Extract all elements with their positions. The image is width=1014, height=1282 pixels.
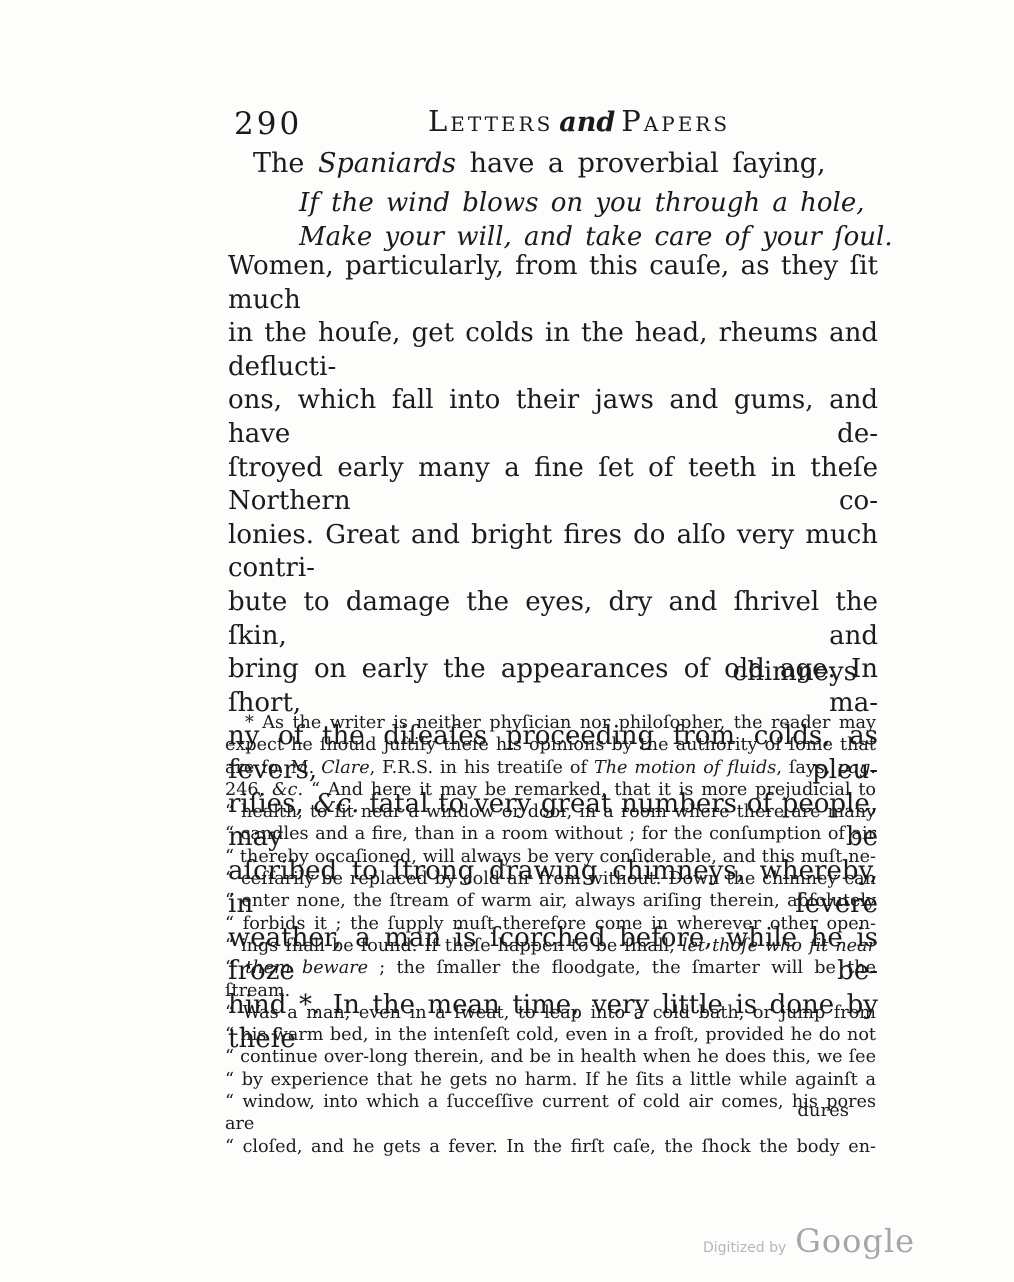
text-line: “ by experience that he gets no harm. If… (225, 1069, 876, 1091)
proverb-couplet: If the wind blows on you through a hole,… (299, 186, 893, 254)
text-line: “ his warm bed, in the intenſeſt cold, e… (225, 1024, 876, 1046)
text-line: “ ings ſhall be found. If theſe happen t… (225, 935, 876, 957)
text-line: are ſo. M. Clare, F.R.S. in his treatiſe… (225, 757, 876, 779)
google-digitization-watermark: Digitized by Google (703, 1222, 915, 1260)
text-line: “ forbids it ; the ſupply muſt therefore… (225, 913, 876, 935)
text-line: “ enter none, the ſtream of warm air, al… (225, 890, 876, 912)
text-line: Make your will, and take care of your ſo… (299, 220, 893, 254)
text-line: “ continue over-long therein, and be in … (225, 1046, 876, 1068)
running-header: LettersandPapers (428, 104, 730, 138)
text-line: 246, &c. “ And here it may be remarked, … (225, 779, 876, 801)
text-line: “ candles and a fire, than in a room wit… (225, 823, 876, 845)
text-line: ons, which fall into their jaws and gums… (228, 384, 878, 451)
text-line: bute to damage the eyes, dry and ſhrivel… (228, 586, 878, 653)
digitized-by-label: Digitized by (703, 1240, 786, 1256)
text-line: “ thereby occaſioned, will always be ver… (225, 846, 876, 868)
text-line: If the wind blows on you through a hole, (299, 186, 893, 220)
text-line: “ them beware ; the ſmaller the floodgat… (225, 957, 876, 1002)
text-line: “ window, into which a ſucceſſive curren… (225, 1091, 876, 1136)
text-line: ſtroyed early many a fine ſet of teeth i… (228, 452, 878, 519)
text-line: * As the writer is neither phyſician nor… (225, 712, 876, 734)
text-line: “ cloſed, and he gets a fever. In the fi… (225, 1136, 876, 1158)
intro-sentence: The Spaniards have a proverbial ſaying, (253, 148, 826, 179)
google-logo: Google (795, 1222, 915, 1260)
text-line: lonies. Great and bright fires do alſo v… (228, 519, 878, 586)
footnote-block: * As the writer is neither phyſician nor… (225, 712, 876, 1158)
text-line: Women, particularly, from this cauſe, as… (228, 250, 878, 317)
text-line: expect he ſhould juſtify theſe his opini… (225, 734, 876, 756)
text-line: in the houſe, get colds in the head, rhe… (228, 317, 878, 384)
catchword-main: chimneys (733, 657, 857, 687)
text-line: “ health, to ſit near a window or door, … (225, 801, 876, 823)
running-header-conjunction: and (553, 107, 621, 138)
running-header-word1: Letters (428, 104, 553, 138)
text-line: The Spaniards have a proverbial ſaying, (253, 148, 826, 179)
scanned-book-page: 290 LettersandPapers The Spaniards have … (0, 0, 1014, 1282)
text-line: “ Was a man, even in a ſweat, to leap in… (225, 1002, 876, 1024)
page-number: 290 (234, 106, 302, 142)
text-line: “ ceſſarily be replaced by cold air from… (225, 868, 876, 890)
catchword-footnote: dures (797, 1100, 849, 1121)
running-header-word2: Papers (621, 104, 730, 138)
